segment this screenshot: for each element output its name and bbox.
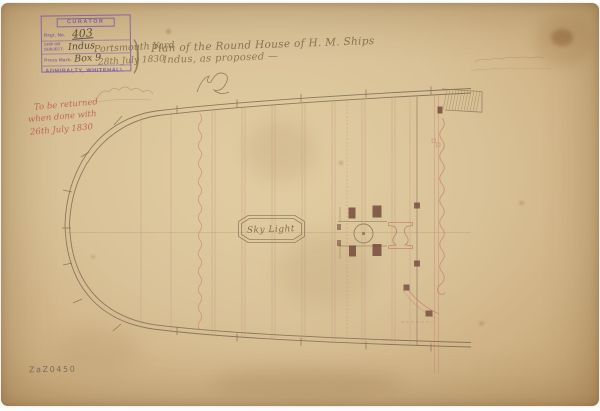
hammock-netting-wavy-line [438,118,445,295]
stanchion-block [414,203,420,209]
stamp-row-regt: Regt. No. 403 [42,27,130,41]
ladder [442,89,482,112]
brace-mark: ) [132,33,140,77]
stamp-footer: ADMIRALTY, WHITEHALL [42,65,130,74]
paper-stain [56,328,141,370]
signature-flourish [95,87,153,102]
skylight-label: Sky Light [247,224,295,236]
paper-stain [551,29,573,46]
bitt-block [349,246,356,257]
ship-subject-value: Indus [68,40,96,53]
bracket-block [337,240,341,246]
paper-stain [244,121,316,183]
skylight-octagon [239,216,305,243]
decorated-seam-line [198,114,202,330]
capstan-outline [389,223,413,249]
catalog-number: ZaZ0450 [29,365,77,375]
corner-detail [401,285,439,323]
paper-stain [479,321,484,326]
paper-stain [279,235,371,305]
red-fitting-mark [437,143,441,147]
ship-subject-label: SHIP OR SUBJECT: [44,42,64,51]
press-mark-label: Press Mark: [44,57,72,62]
mast-and-bitts [337,206,387,260]
frame-tick-marks [62,87,431,352]
mast-center-dot [362,232,365,235]
paper-stain [535,16,593,66]
bracket-block [337,224,341,230]
paper-stain [211,368,401,398]
stanchion-block [414,261,420,267]
mast-circle [354,224,373,243]
return-note-line3: 26th July 1830 [30,122,94,137]
red-fitting-mark [432,139,436,143]
paper-stain [91,255,95,259]
bitt-block [349,208,356,219]
paper-stain [339,161,343,165]
ladder-foot-block [438,107,443,114]
deck-beam-lines [141,98,410,346]
scan-photo: { "stamp": { "header": "CURATOR", "field… [0,0,600,411]
paper-stain [519,201,524,205]
regt-no-label: Regt. No. [44,32,66,37]
deck-outline [65,89,471,348]
pencil-annotation [471,57,551,71]
bitt-block [373,206,382,218]
plan-paper: Sky Light [1,3,599,406]
bitt-block [373,244,382,256]
paper-stain [166,29,171,34]
approval-monogram-flourish [197,73,229,94]
regt-no-value: 403 [71,26,93,41]
